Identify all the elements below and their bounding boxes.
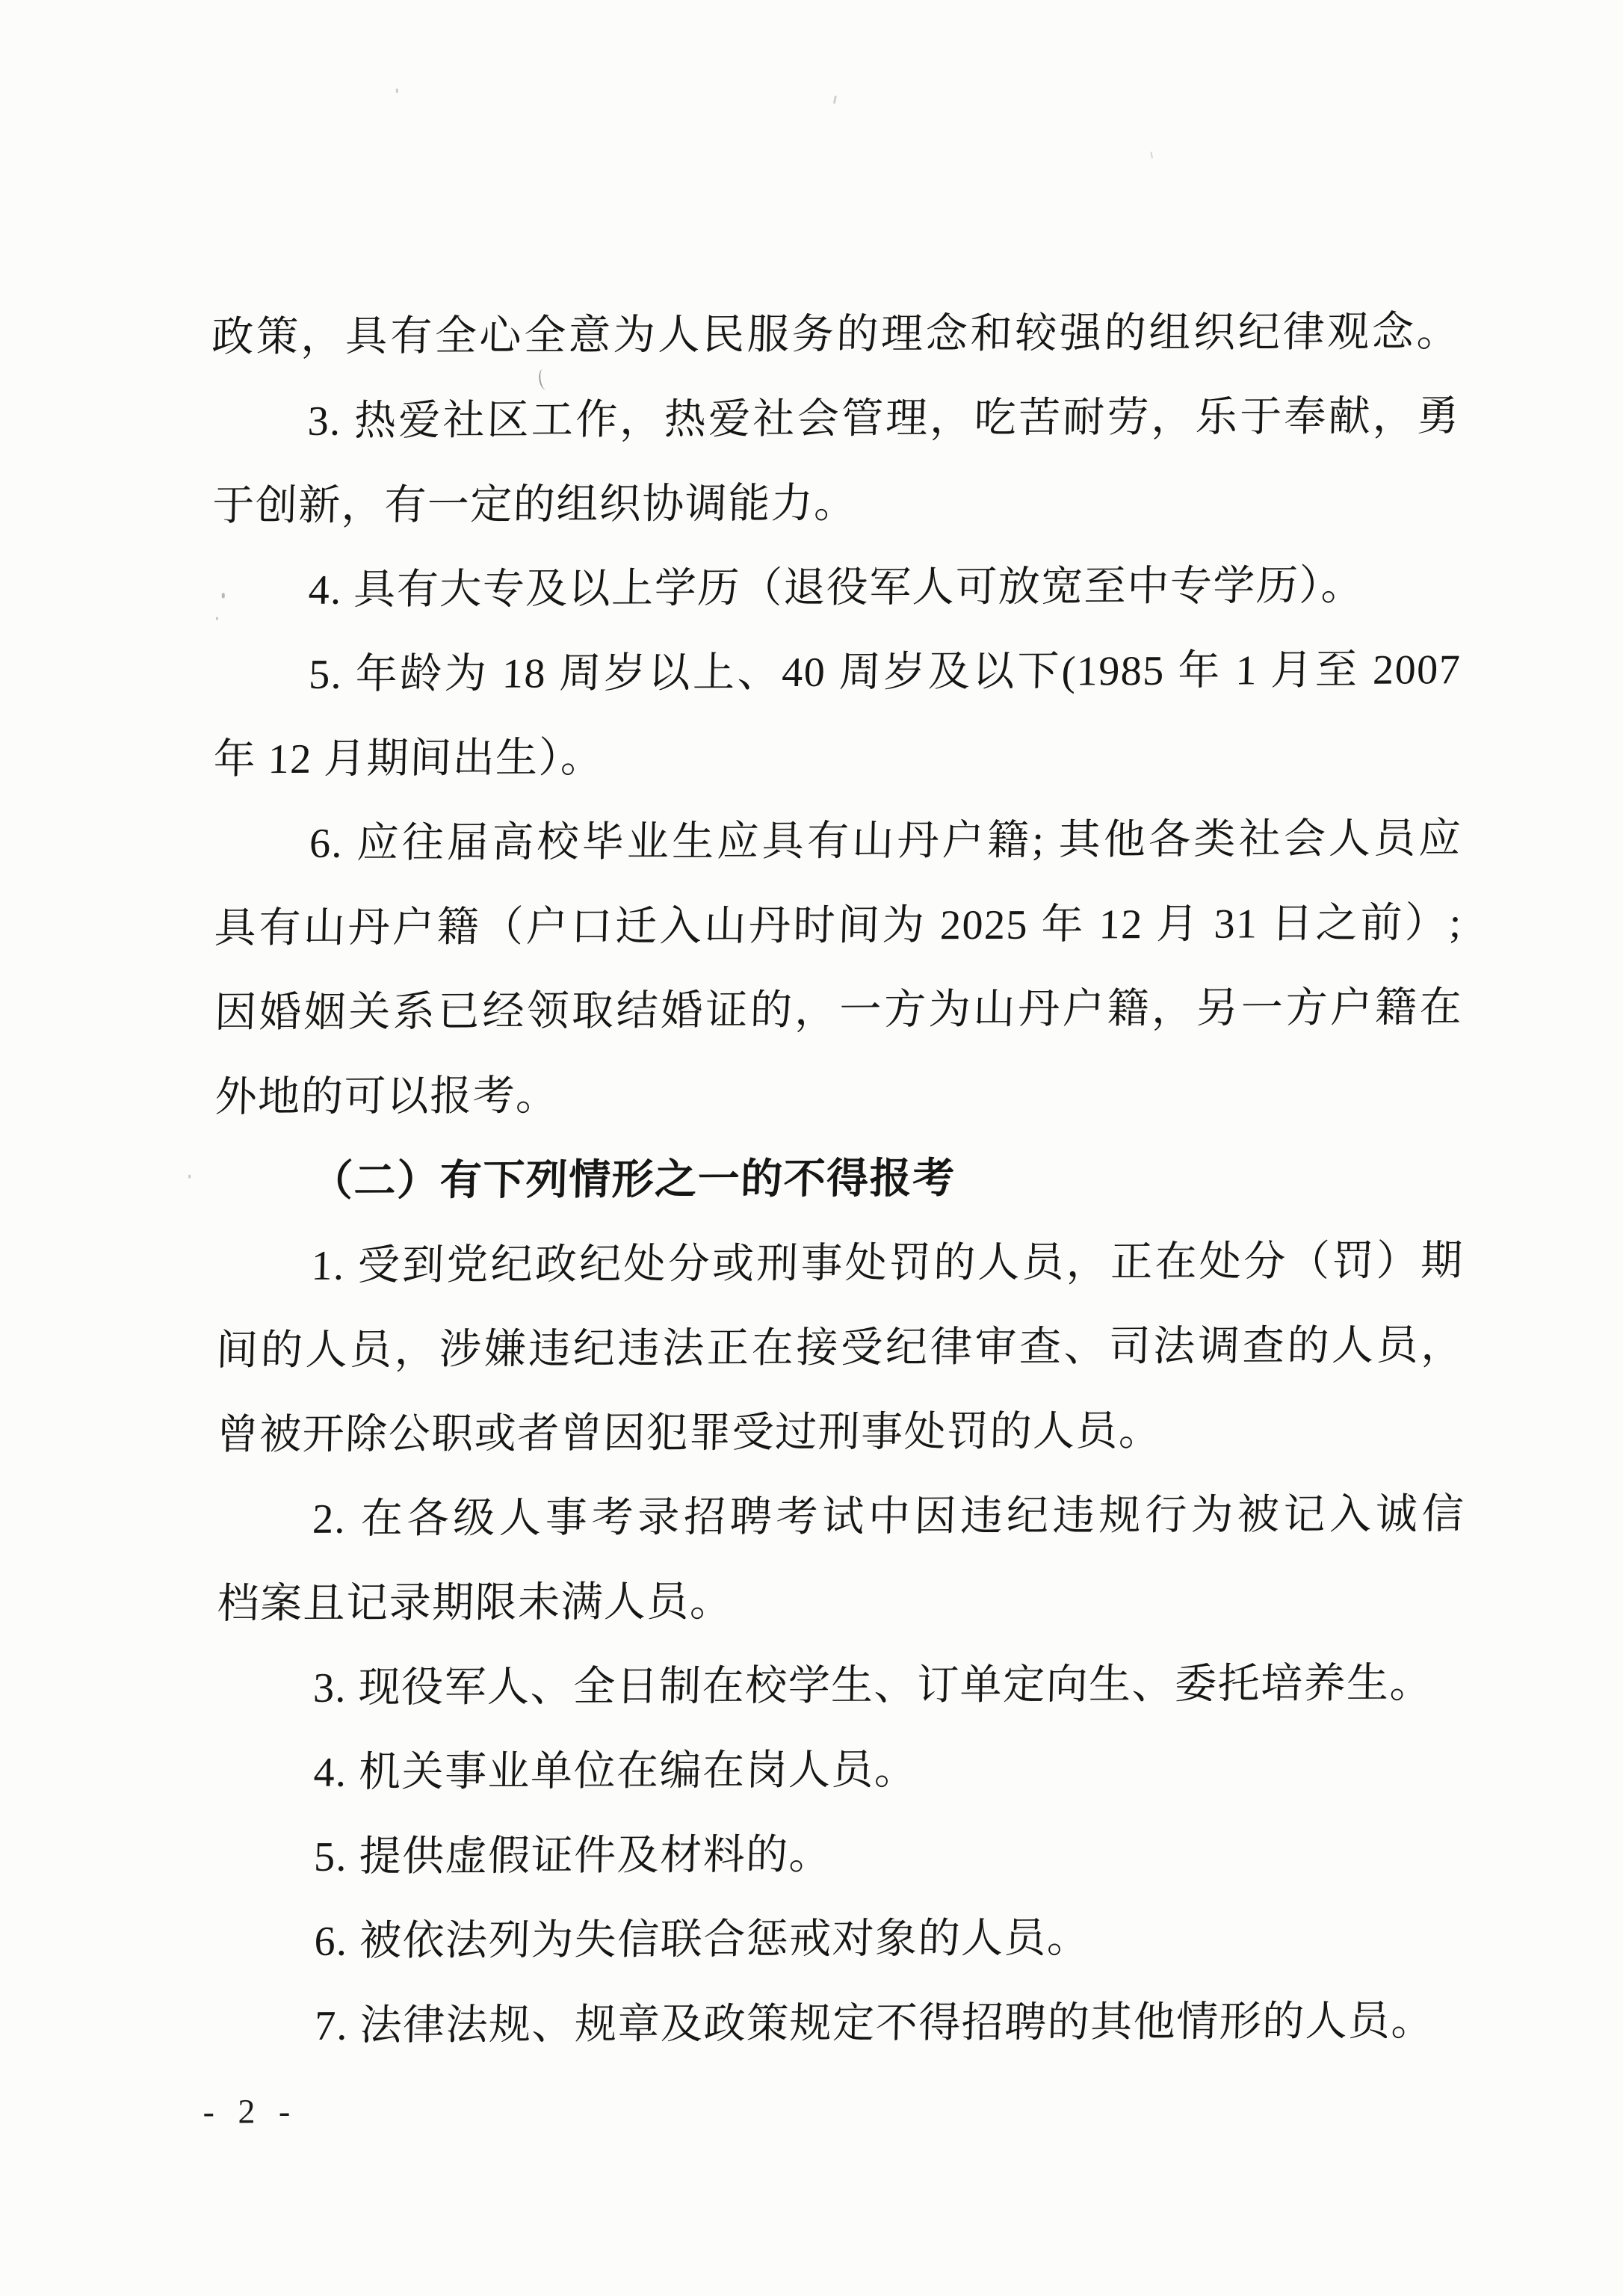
document-line: 因婚姻关系已经领取结婚证的，一方为山丹户籍，另一方户籍在 bbox=[214, 966, 1464, 1055]
section-heading: （二）有下列情形之一的不得报考 bbox=[214, 1135, 1465, 1224]
scan-artifact bbox=[188, 1175, 191, 1179]
document-line: 3. 现役军人、全日制在校学生、订单定向生、委托培养生。 bbox=[217, 1641, 1467, 1731]
scan-artifact bbox=[396, 88, 398, 93]
document-line: 7. 法律法规、规章及政策规定不得招聘的其他情形的人员。 bbox=[218, 1979, 1468, 2069]
document-line: 5. 年龄为 18 周岁以上、40 周岁及以下(1985 年 1 月至 2007 bbox=[212, 628, 1462, 717]
document-body: 政策，具有全心全意为人民服务的理念和较强的组织纪律观念。 3. 热爱社区工作，热… bbox=[211, 290, 1467, 2069]
document-line: 间的人员，涉嫌违纪违法正在接受纪律审查、司法调查的人员， bbox=[215, 1303, 1465, 1393]
document-line: 1. 受到党纪政纪处分或刑事处罚的人员，正在处分（罚）期 bbox=[214, 1219, 1465, 1309]
document-line: 6. 被依法列为失信联合惩戒对象的人员。 bbox=[217, 1895, 1468, 1984]
document-line: 4. 机关事业单位在编在岗人员。 bbox=[217, 1726, 1467, 1815]
document-line: 年 12 月期间出生）。 bbox=[212, 712, 1462, 802]
document-line: 6. 应往届高校毕业生应具有山丹户籍; 其他各类社会人员应 bbox=[213, 797, 1463, 886]
document-line: 3. 热爱社区工作，热爱社会管理，吃苦耐劳，乐于奉献，勇 bbox=[211, 374, 1461, 464]
document-line: 4. 具有大专及以上学历（退役军人可放宽至中专学历）。 bbox=[211, 543, 1462, 633]
scanned-document-page: 政策，具有全心全意为人民服务的理念和较强的组织纪律观念。 3. 热爱社区工作，热… bbox=[0, 0, 1623, 2296]
scan-artifact bbox=[833, 96, 837, 104]
document-line: 外地的可以报考。 bbox=[214, 1050, 1464, 1140]
document-line: 曾被开除公职或者曾因犯罪受过刑事处罚的人员。 bbox=[215, 1388, 1465, 1478]
document-line: 具有山丹户籍（户口迁入山丹时间为 2025 年 12 月 31 日之前）; bbox=[213, 881, 1463, 971]
document-line: 2. 在各级人事考录招聘考试中因违纪违规行为被记入诚信 bbox=[216, 1472, 1466, 1562]
document-line: 档案且记录期限未满人员。 bbox=[216, 1557, 1466, 1647]
document-line: 于创新，有一定的组织协调能力。 bbox=[211, 459, 1462, 549]
document-line: 政策，具有全心全意为人民服务的理念和较强的组织纪律观念。 bbox=[211, 290, 1461, 380]
page-number: - 2 - bbox=[203, 2089, 297, 2135]
document-line: 5. 提供虚假证件及材料的。 bbox=[217, 1810, 1468, 1900]
document-sheet: 政策，具有全心全意为人民服务的理念和较强的组织纪律观念。 3. 热爱社区工作，热… bbox=[0, 0, 1623, 2296]
scan-artifact bbox=[1150, 152, 1153, 158]
